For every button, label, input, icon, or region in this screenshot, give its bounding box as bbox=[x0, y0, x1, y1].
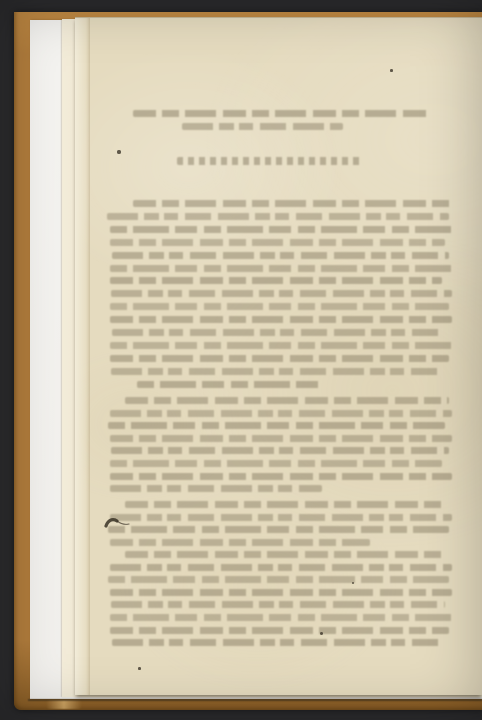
ink-speck bbox=[117, 150, 121, 154]
paragraph-1-line bbox=[110, 265, 452, 272]
paragraph-1-line bbox=[110, 303, 449, 310]
paragraph-3-line bbox=[108, 526, 449, 533]
paragraph-1-line bbox=[110, 342, 452, 349]
paragraph-2-line bbox=[110, 410, 452, 417]
page-stack-shadow bbox=[28, 699, 482, 701]
ink-speck bbox=[390, 69, 393, 72]
paragraph-1-line bbox=[107, 213, 449, 220]
scan-stage bbox=[0, 0, 482, 720]
paragraph-2-line bbox=[110, 473, 452, 480]
paragraph-3-line bbox=[110, 514, 452, 521]
paragraph-1-line bbox=[110, 277, 442, 284]
ink-squiggle-mark bbox=[104, 515, 130, 535]
paragraph-1-line bbox=[110, 239, 445, 246]
paragraph-2-line bbox=[125, 397, 449, 404]
paragraph-1-line bbox=[110, 316, 452, 323]
paragraph-4-line bbox=[125, 551, 442, 558]
paragraph-3-line bbox=[110, 539, 370, 546]
paragraph-3-line bbox=[125, 501, 445, 508]
paragraph-2-line bbox=[108, 422, 445, 429]
paragraph-1-line bbox=[110, 226, 452, 233]
paragraph-1-line bbox=[137, 381, 322, 388]
title-line-1 bbox=[133, 110, 432, 117]
paragraph-4-line bbox=[111, 601, 445, 608]
title-line-2 bbox=[182, 123, 343, 130]
cover-fold-highlight bbox=[46, 700, 82, 709]
paragraph-4-line bbox=[108, 576, 449, 583]
paragraph-4-line bbox=[110, 589, 452, 596]
paragraph-1-line bbox=[111, 290, 452, 297]
ink-speck bbox=[138, 667, 141, 670]
paragraph-2-line bbox=[110, 460, 442, 467]
paragraph-1-line bbox=[112, 329, 445, 336]
byline-letterspaced bbox=[177, 157, 363, 165]
paragraph-4-line bbox=[112, 639, 442, 646]
paragraph-2-line bbox=[111, 447, 449, 454]
paragraph-1-line bbox=[111, 368, 442, 375]
paragraph-2-line bbox=[110, 435, 452, 442]
paragraph-4-line bbox=[110, 614, 452, 621]
paragraph-4-line bbox=[110, 627, 449, 634]
paragraph-4-line bbox=[110, 564, 452, 571]
paragraph-1-line bbox=[112, 252, 449, 259]
page-fore-edge bbox=[75, 18, 90, 695]
paragraph-1-line bbox=[133, 200, 452, 207]
ink-speck bbox=[320, 632, 323, 635]
paragraph-2-line bbox=[110, 485, 322, 492]
paragraph-1-line bbox=[110, 355, 449, 362]
